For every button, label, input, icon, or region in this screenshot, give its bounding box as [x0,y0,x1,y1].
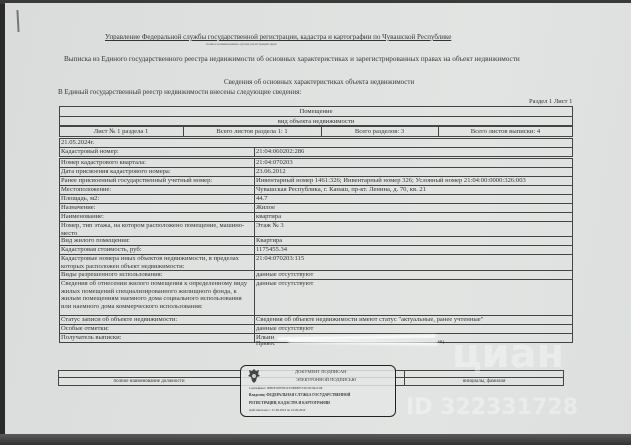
row-label: Местоположение: [59,186,254,194]
row-value: данные отсутствуют [254,280,573,288]
row-value: данные отсутствуют [254,271,573,279]
agency-name: Управление Федеральной службы государств… [105,33,451,41]
row-value: Квартира [254,237,573,245]
stamp-validity: Действителен: с 27.06.2023 по 19.09.2024 [249,408,305,412]
row-label: Номер, тип этажа, на котором расположено… [59,222,254,237]
stamp-title: ДОКУМЕНТ ПОДПИСАН [295,369,346,374]
name-caption: инициалы, фамилия [404,378,564,385]
object-type-caption: вид объекта недвижимости [59,118,573,126]
coat-of-arms-icon [247,368,261,384]
total-sheets-section: Всего листов раздела 1: 1 [183,128,321,136]
row-value: 44.7 [254,195,573,203]
stamp-owner-1: Владелец: ФЕДЕРАЛЬНАЯ СЛУЖБА ГОСУДАРСТВЕ… [249,393,350,397]
row-label: Вид жилого помещения: [59,237,254,245]
row-value: 1175455.34 [254,246,573,254]
watermark-brand: циан [452,334,564,374]
e-signature-stamp: ДОКУМЕНТ ПОДПИСАН ЭЛЕКТРОННОЙ ПОДПИСЬЮ С… [240,365,396,417]
row-label: Площадь, м2: [59,195,254,203]
object-type: Помещение [59,108,573,116]
stamp-owner-2: РЕГИСТРАЦИИ, КАДАСТРА И КАРТОГРАФИИ [249,401,330,405]
row-label: Кадастровая стоимость, руб: [59,246,254,254]
row-label: Номер кадастрового квартала: [59,159,254,167]
agency-caption: полное наименование органа регистрации п… [206,42,277,46]
position-caption: полное наименование должности [58,378,240,385]
row-value: квартира [254,213,573,221]
row-value: Инвентарный номер 1461:326; Инвентарный … [254,177,573,185]
row-value: Сведения об объекте недвижимости имеют с… [254,316,573,324]
section-title: Сведения об основных характеристиках объ… [224,78,414,86]
row-label: Наименование: [59,213,254,221]
intro-text: В Единый государственный реестр недвижим… [58,88,301,96]
row-label: Кадастровые номера иных объектов недвижи… [59,255,254,270]
row-label: Статус записи об объекте недвижимости: [59,316,254,324]
row-label: Особые отметки: [59,325,254,333]
row-label: Получатель выписки: [59,334,254,342]
extract-title: Выписка из Единого государственного реес… [64,55,520,63]
stamp-certificate: Сертификат: 00B0E5087891CE6BE883745C8C84… [249,386,322,390]
row-value: 21:04:070203:115 [254,255,573,263]
row-value: 23.06.2012 [254,168,573,176]
row-label: Виды разрешенного использования: [59,271,254,279]
row-value: Чувашская Республика, г. Канаш, пр-кт. Л… [254,186,573,194]
row-value: 21:04:070203 [254,159,573,167]
watermark-id: ID 322331728 [406,396,578,420]
sheet-number: Лист № 1 раздела 1 [59,128,183,136]
total-sections: Всего разделов: 3 [321,128,438,136]
row-label: Дата присвоения кадастрового номера: [59,168,254,176]
divider [59,116,573,117]
row-label: Назначение: [59,204,254,212]
row-label: Ранее присвоенный государственный учетны… [59,177,254,185]
photo-bottom-edge [0,434,631,445]
cadastral-number-label: Кадастровый номер: [59,148,254,156]
cadastral-number-value: 21:04:060202:286 [254,148,573,156]
stamp-subtitle: ЭЛЕКТРОННОЙ ПОДПИСЬЮ [296,377,356,382]
row-value: Жилое [254,204,573,212]
section-sheet-label: Раздел 1 Лист 1 [529,98,572,106]
row-label: Сведения об отнесении жилого помещения к… [59,280,254,310]
row-value: Этаж № 3 [254,222,573,230]
total-sheets-extract: Всего листов выписки: 4 [438,128,573,136]
extract-date: 21.05.2024г. [59,139,259,147]
